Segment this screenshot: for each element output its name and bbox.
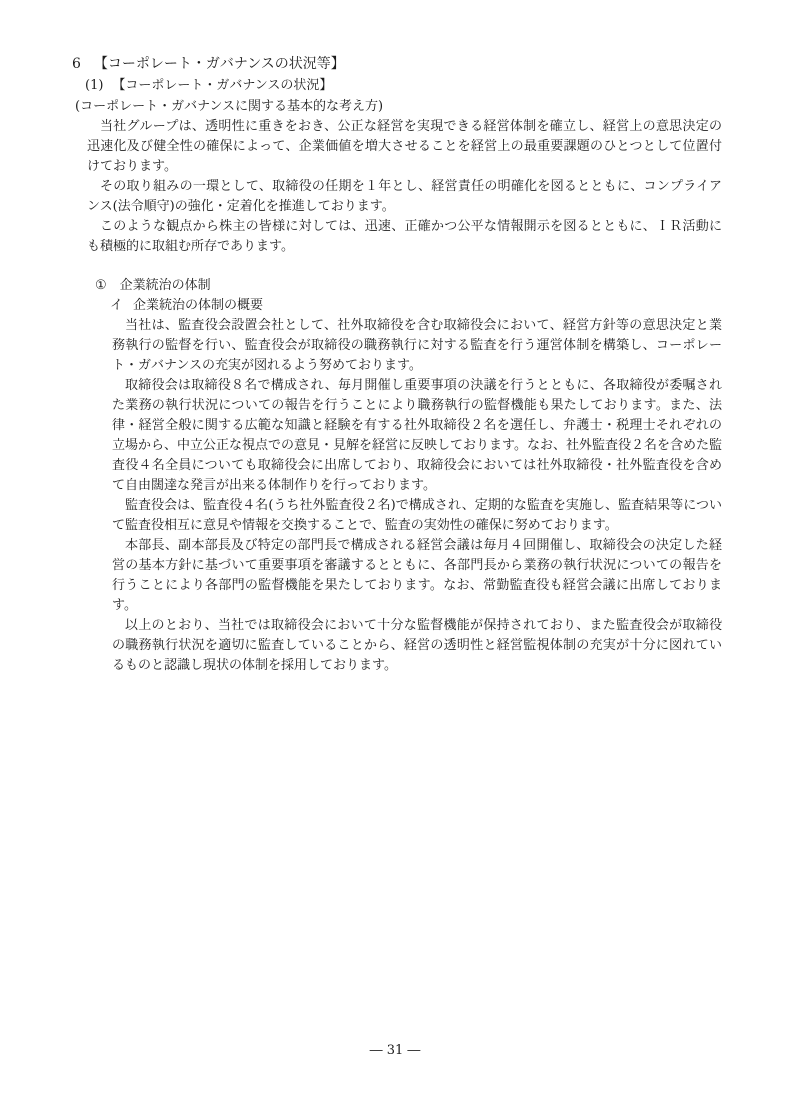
basic-policy-paragraph: その取り組みの一環として、取締役の任期を１年とし、経営責任の明確化を図るとともに… — [87, 177, 722, 217]
governance-paragraph: 本部長、副本部長及び特定の部門長で構成される経営会議は毎月４回開催し、取締役会の… — [112, 536, 722, 616]
basic-policy-paragraph: このような観点から株主の皆様に対しては、迅速、正確かつ公平な情報開示を図るととも… — [87, 217, 722, 257]
page-number: ― 31 ― — [0, 1042, 790, 1060]
subsection-title: 【コーポレート・ガバナンスの状況】 — [112, 78, 332, 93]
section-heading: 6【コーポレート・ガバナンスの状況等】 — [72, 53, 722, 75]
governance-subitem-number: イ — [110, 298, 123, 313]
document-page: 6【コーポレート・ガバナンスの状況等】 (1)【コーポレート・ガバナンスの状況】… — [0, 0, 790, 1118]
governance-paragraph: 監査役会は、監査役４名(うち社外監査役２名)で構成され、定期的な監査を実施し、監… — [112, 496, 722, 536]
page-number-text: ― 31 ― — [370, 1043, 421, 1058]
page-content: 6【コーポレート・ガバナンスの状況等】 (1)【コーポレート・ガバナンスの状況】… — [72, 53, 722, 676]
subsection-heading: (1)【コーポレート・ガバナンスの状況】 — [85, 75, 722, 96]
governance-item-heading: ①企業統治の体制 — [95, 276, 722, 296]
subsection-number: (1) — [85, 78, 103, 93]
governance-item-title: 企業統治の体制 — [120, 278, 211, 293]
basic-policy-caption: (コーポレート・ガバナンスに関する基本的な考え方) — [75, 96, 722, 117]
governance-paragraph: 当社は、監査役会設置会社として、社外取締役を含む取締役会において、経営方針等の意… — [112, 316, 722, 376]
governance-subitem-title: 企業統治の体制の概要 — [133, 298, 263, 313]
section-title: 【コーポレート・ガバナンスの状況等】 — [94, 56, 345, 72]
governance-item-number: ① — [95, 278, 107, 293]
basic-policy-paragraph: 当社グループは、透明性に重きをおき、公正な経営を実現できる経営体制を確立し、経営… — [87, 117, 722, 177]
section-number: 6 — [72, 56, 81, 72]
governance-subitem-heading: イ企業統治の体制の概要 — [110, 296, 722, 316]
governance-paragraph: 取締役会は取締役８名で構成され、毎月開催し重要事項の決議を行うとともに、各取締役… — [112, 376, 722, 496]
governance-paragraph: 以上のとおり、当社では取締役会において十分な監督機能が保持されており、また監査役… — [112, 616, 722, 676]
